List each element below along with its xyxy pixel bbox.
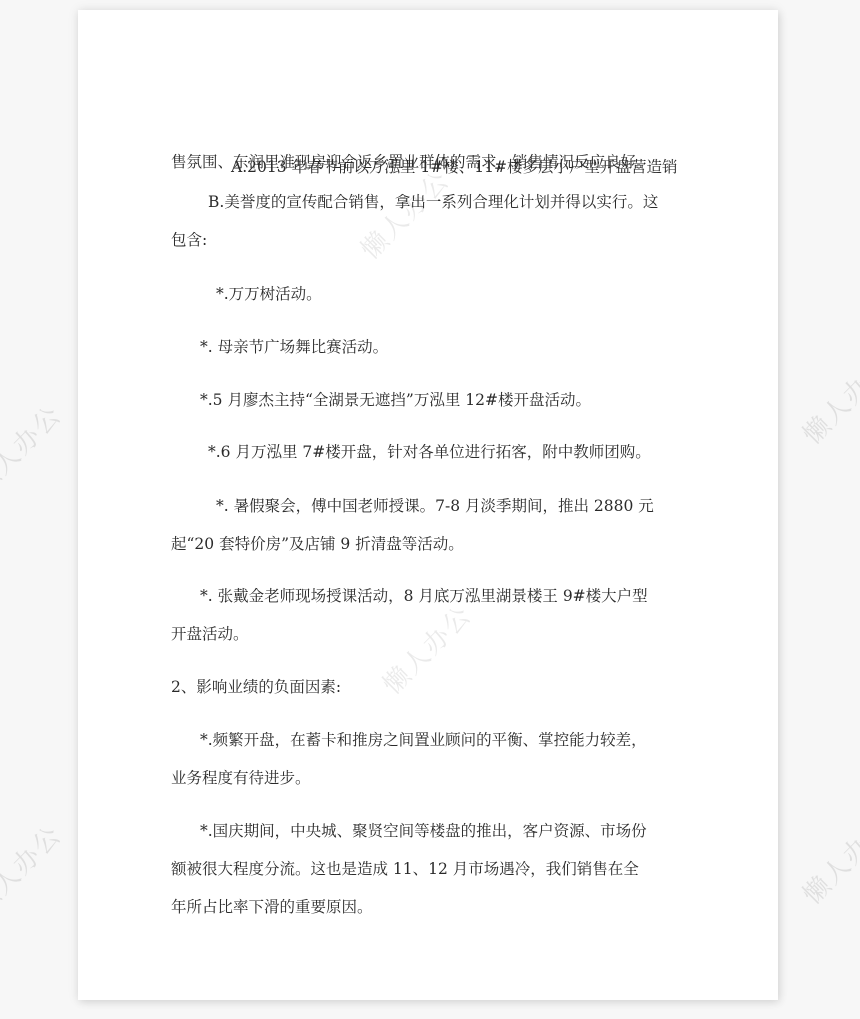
- paragraph-line: 售氛围、东润里准现房迎合返乡置业群体的需求，销售情况反应良好。: [171, 152, 652, 172]
- paragraph-line: 开盘活动。: [171, 624, 249, 644]
- paragraph-line: 额被很大程度分流。这也是造成 11、12 月市场遇冷，我们销售在全: [171, 859, 639, 879]
- list-item: *.国庆期间，中央城、聚贤空间等楼盘的推出，客户资源、市场份: [200, 821, 647, 841]
- paragraph-line: 包含:: [171, 230, 207, 250]
- list-item: *. 暑假聚会，傅中国老师授课。7-8 月淡季期间，推出 2880 元: [216, 496, 654, 516]
- paragraph-line: 年所占比率下滑的重要原因。: [171, 897, 373, 917]
- list-item: *. 张戴金老师现场授课活动，8 月底万泓里湖景楼王 9#楼大户型: [200, 586, 648, 606]
- paragraph-line: B.美誉度的宣传配合销售，拿出一系列合理化计划并得以实行。这: [208, 192, 658, 212]
- list-item: *.频繁开盘，在蓄卡和推房之间置业顾问的平衡、掌控能力较差，: [200, 730, 647, 750]
- watermark: 懒人办公: [793, 806, 860, 911]
- watermark: 懒人办公: [0, 816, 69, 921]
- list-item: *.6 月万泓里 7#楼开盘，针对各单位进行拓客，附中教师团购。: [208, 442, 651, 462]
- paragraph-line: 起“20 套特价房”及店铺 9 折清盘等活动。: [171, 534, 464, 554]
- list-item: *.5 月廖杰主持“全湖景无遮挡”万泓里 12#楼开盘活动。: [200, 390, 591, 410]
- watermark: 懒人办公: [0, 396, 69, 501]
- list-item: *. 母亲节广场舞比赛活动。: [200, 337, 388, 357]
- watermark: 懒人办公: [793, 346, 860, 451]
- document-page: 懒人办公 懒人办公 A.2013 年春节前以万泓里 1#楼、11#楼多层小户型开…: [78, 10, 778, 1000]
- list-item: *.万万树活动。: [216, 284, 322, 304]
- paragraph-line: 业务程度有待进步。: [171, 768, 311, 788]
- watermark: 懒人办公: [373, 596, 478, 701]
- section-heading: 2、影响业绩的负面因素:: [171, 677, 341, 697]
